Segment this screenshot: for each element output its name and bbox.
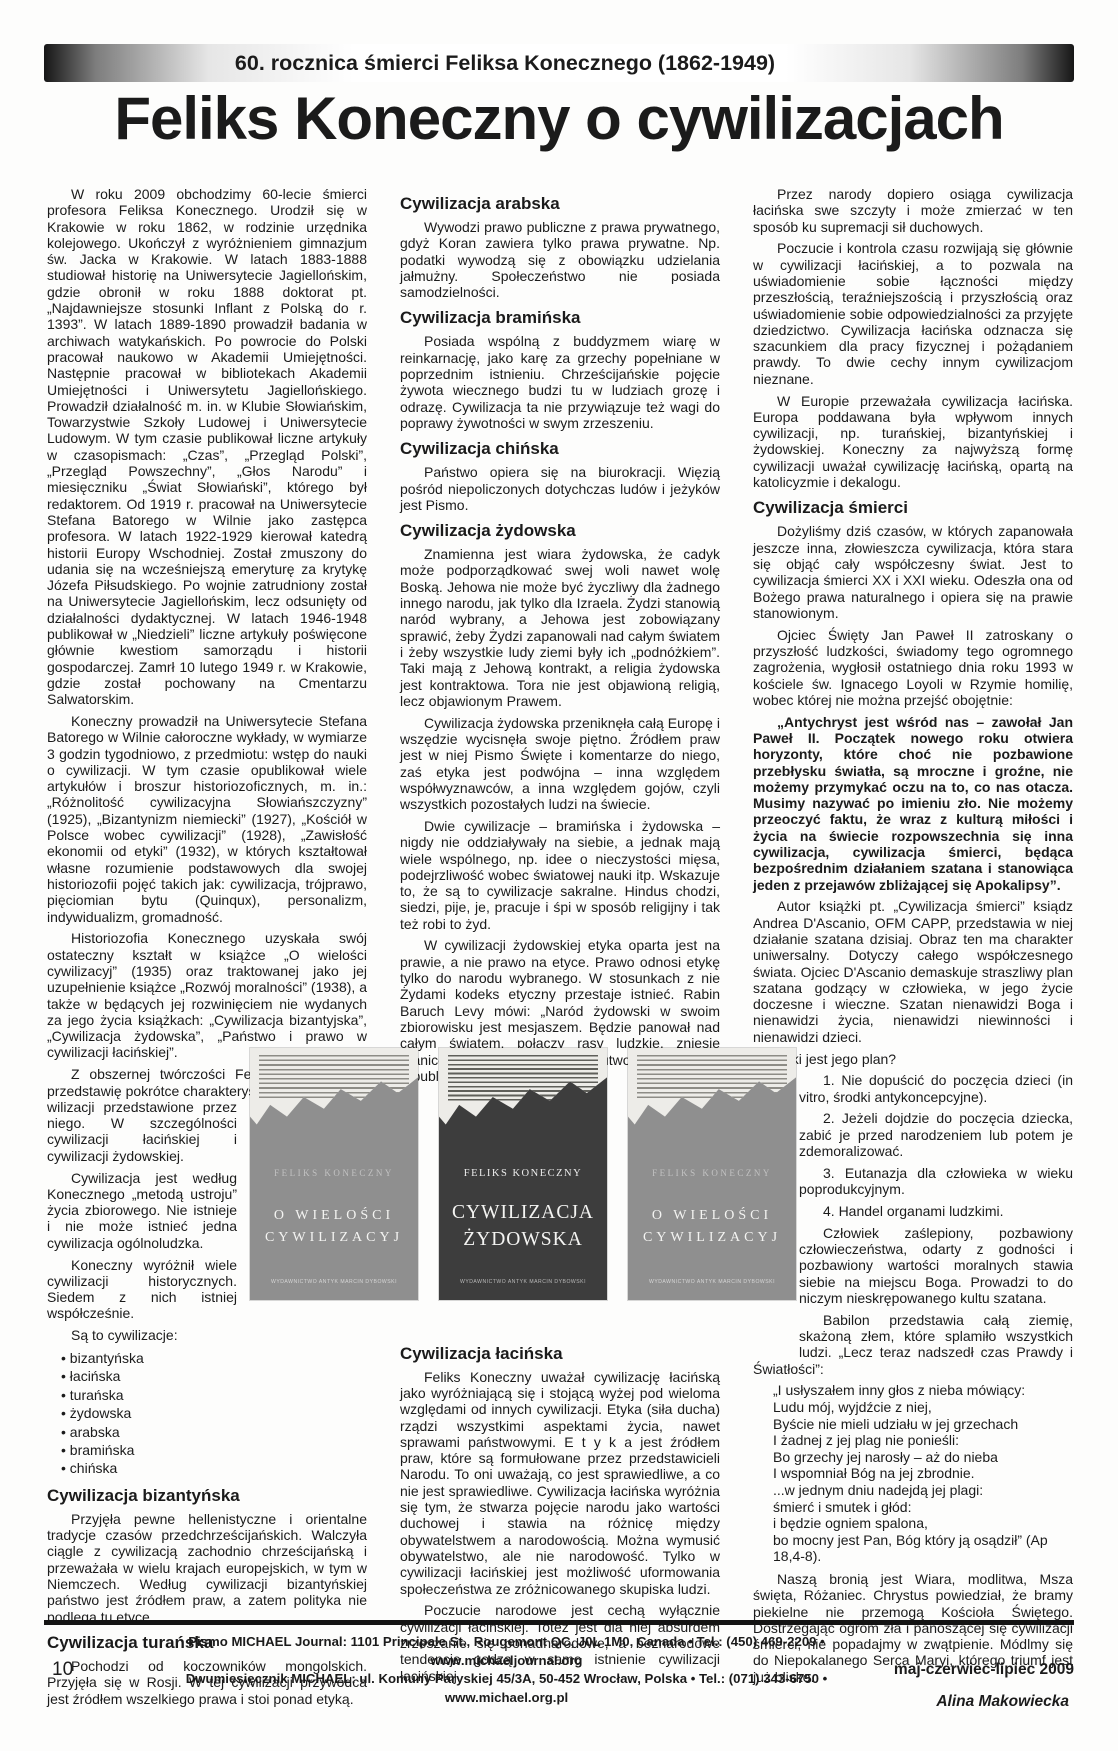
book-title-line-1: CYWILIZACJA bbox=[439, 1202, 607, 1224]
tiny-text-lines bbox=[259, 1055, 409, 1101]
column-1: W roku 2009 obchodzimy 60-lecie śmierci … bbox=[47, 186, 367, 1712]
footer-divider bbox=[44, 1620, 1074, 1625]
pope-quote: „Antychryst jest wśród nas – zawołał Jan… bbox=[753, 714, 1073, 893]
paragraph: Dwie cywilizacje – bramińska i żydowska … bbox=[400, 818, 720, 932]
civilization-item: arabska bbox=[61, 1423, 367, 1441]
book-imprint: WYDAWNICTWO ANTYK MARCIN DYBOWSKI bbox=[452, 1279, 595, 1284]
section-heading-bizantynska: Cywilizacja bizantyńska bbox=[47, 1486, 367, 1506]
paragraph: Autor książki pt. „Cywilizacja śmierci” … bbox=[753, 898, 1073, 1045]
paragraph: Cywilizacja żydowska przeniknęła całą Eu… bbox=[400, 715, 720, 813]
section-heading-lacinska: Cywilizacja łacińska bbox=[400, 1344, 720, 1364]
plan-question: Jaki jest jego plan? bbox=[753, 1051, 1073, 1067]
paragraph: Człowiek zaślepiony, pozbawiony człowiec… bbox=[753, 1225, 1073, 1306]
book-covers-strip: FELIKS KONECZNY O WIELOŚCI CYWILIZACYJ W… bbox=[250, 1048, 796, 1300]
column-3: Przez narody dopiero osiąga cywilizacja … bbox=[753, 186, 1073, 1712]
book-cover-o-wielosci-2: FELIKS KONECZNY O WIELOŚCI CYWILIZACYJ W… bbox=[628, 1048, 796, 1300]
section-heading-smierci: Cywilizacja śmierci bbox=[753, 498, 1073, 518]
poem-line: Byście nie mieli udziału w jej grzechach bbox=[773, 1416, 1073, 1433]
book-title-line-2: ŻYDOWSKA bbox=[439, 1229, 607, 1251]
issue-date: maj-czerwiec-lipiec 2009 bbox=[879, 1661, 1074, 1679]
tiny-text-lines bbox=[448, 1055, 598, 1101]
paragraph: Wywodzi prawo publiczne z prawa prywatne… bbox=[400, 219, 720, 300]
paragraph: Babilon przedstawia całą ziemię, skażoną… bbox=[753, 1312, 1073, 1377]
plan-item-1: 1. Nie dopuścić do poczęcia dzieci (in v… bbox=[753, 1072, 1073, 1105]
book-author: FELIKS KONECZNY bbox=[250, 1168, 418, 1178]
publisher-info-line-1: Pismo MICHAEL Journal: 1101 Principale S… bbox=[134, 1633, 879, 1670]
section-heading-braminska: Cywilizacja bramińska bbox=[400, 308, 720, 328]
plan-item-3: 3. Eutanazja dla człowieka w wieku popro… bbox=[753, 1165, 1073, 1198]
book-imprint: WYDAWNICTWO ANTYK MARCIN DYBOWSKI bbox=[641, 1279, 784, 1284]
poem-line: Bo grzechy jej narosły – aż do nieba bbox=[773, 1449, 1073, 1466]
book-author: FELIKS KONECZNY bbox=[439, 1168, 607, 1179]
book-title-line-2: CYWILIZACYJ bbox=[250, 1230, 418, 1246]
section-heading-zydowska: Cywilizacja żydowska bbox=[400, 521, 720, 541]
paragraph: Znamienna jest wiara żydowska, że cadyk … bbox=[400, 546, 720, 709]
book-title-line-1: O WIELOŚCI bbox=[628, 1208, 796, 1224]
poem-line: bo mocny jest Pan, Bóg który ją osądził”… bbox=[773, 1532, 1073, 1565]
paragraph: Koneczny wyróżnił wiele cywilizacji hist… bbox=[47, 1257, 237, 1322]
banner-text: 60. rocznica śmierci Feliksa Konecznego … bbox=[44, 44, 1074, 82]
poem-line: „I usłyszałem inny głos z nieba mówiący: bbox=[773, 1382, 1073, 1399]
paragraph: Państwo opiera się na biurokracji. Więzi… bbox=[400, 464, 720, 513]
book-imprint: WYDAWNICTWO ANTYK MARCIN DYBOWSKI bbox=[263, 1279, 406, 1284]
paragraph: W roku 2009 obchodzimy 60-lecie śmierci … bbox=[47, 186, 367, 708]
torn-paper-texture bbox=[439, 1048, 607, 1146]
civilization-item: żydowska bbox=[61, 1404, 367, 1422]
paragraph: Cywilizacja jest według Konecznego „meto… bbox=[47, 1170, 237, 1251]
top-banner: 60. rocznica śmierci Feliksa Konecznego … bbox=[44, 44, 1074, 82]
paragraph: Przyjęła pewne hellenistyczne i oriental… bbox=[47, 1511, 367, 1625]
civilization-item: bizantyńska bbox=[61, 1349, 367, 1367]
poem-line: I wspomniał Bóg na jej zbrodnie. bbox=[773, 1465, 1073, 1482]
civilization-item: bramińska bbox=[61, 1441, 367, 1459]
paragraph: Posiada wspólną z buddyzmem wiarę w rein… bbox=[400, 333, 720, 431]
paragraph: Poczucie i kontrola czasu rozwijają się … bbox=[753, 240, 1073, 387]
paragraph: Feliks Koneczny uważał cywilizację łaciń… bbox=[400, 1369, 720, 1597]
paragraph: Koneczny prowadził na Uniwersytecie Stef… bbox=[47, 713, 367, 925]
poem-line: śmierć i smutek i głód: bbox=[773, 1499, 1073, 1516]
book-cover-o-wielosci-1: FELIKS KONECZNY O WIELOŚCI CYWILIZACYJ W… bbox=[250, 1048, 418, 1300]
publisher-info-line-2: Dwumiesięcznik MICHAEL: ul. Komuny Parys… bbox=[134, 1670, 879, 1707]
paragraph-wrapped: wilizacji przedstawione przez niego. W s… bbox=[47, 1099, 237, 1164]
civilization-item: turańska bbox=[61, 1386, 367, 1404]
civilization-item: chińska bbox=[61, 1459, 367, 1477]
book-author: FELIKS KONECZNY bbox=[628, 1168, 796, 1178]
scripture-poem: „I usłyszałem inny głos z nieba mówiący:… bbox=[773, 1382, 1073, 1565]
article-title: Feliks Koneczny o cywilizacjach bbox=[0, 84, 1118, 153]
book-cover-cywilizacja-zydowska: FELIKS KONECZNY CYWILIZACJA ŻYDOWSKA WYD… bbox=[439, 1048, 607, 1300]
section-heading-chinska: Cywilizacja chińska bbox=[400, 439, 720, 459]
torn-paper-texture bbox=[250, 1048, 418, 1146]
plan-item-2: 2. Jeżeli dojdzie do poczęcia dziecka, z… bbox=[753, 1110, 1073, 1159]
paragraph: W Europie przeważała cywilizacja łacińsk… bbox=[753, 393, 1073, 491]
paragraph: Historiozofia Konecznego uzyskała swój o… bbox=[47, 930, 367, 1060]
column-2: Cywilizacja arabska Wywodzi prawo public… bbox=[400, 186, 720, 1712]
article-columns: W roku 2009 obchodzimy 60-lecie śmierci … bbox=[47, 186, 1073, 1712]
book-title-line-1: O WIELOŚCI bbox=[250, 1208, 418, 1224]
publisher-info: Pismo MICHAEL Journal: 1101 Principale S… bbox=[134, 1633, 879, 1707]
civilization-list-intro: Są to cywilizacje: bbox=[47, 1327, 237, 1343]
paragraph: Przez narody dopiero osiąga cywilizacja … bbox=[753, 186, 1073, 235]
plan-item-4: 4. Handel organami ludzkimi. bbox=[753, 1203, 1073, 1219]
paragraph: Ojciec Święty Jan Paweł II zatroskany o … bbox=[753, 627, 1073, 708]
section-heading-arabska: Cywilizacja arabska bbox=[400, 194, 720, 214]
newspaper-page: 60. rocznica śmierci Feliksa Konecznego … bbox=[0, 0, 1118, 1751]
poem-line: ...w jednym dniu nadejdą jej plagi: bbox=[773, 1482, 1073, 1499]
poem-line: Ludu mój, wyjdźcie z niej, bbox=[773, 1399, 1073, 1416]
book-title-line-2: CYWILIZACYJ bbox=[628, 1230, 796, 1246]
civilization-item: łacińska bbox=[61, 1367, 367, 1385]
poem-line: i będzie ogniem spalona, bbox=[773, 1515, 1073, 1532]
poem-line: I żadnej z jej plag nie ponieśli: bbox=[773, 1432, 1073, 1449]
tiny-text-lines bbox=[637, 1055, 787, 1101]
page-number: 10 bbox=[44, 1659, 134, 1681]
torn-paper-texture bbox=[628, 1048, 796, 1146]
paragraph: Dożyliśmy dziś czasów, w których zapanow… bbox=[753, 523, 1073, 621]
footer: 10 Pismo MICHAEL Journal: 1101 Principal… bbox=[44, 1633, 1074, 1707]
civilization-list: bizantyńska łacińska turańska żydowska a… bbox=[61, 1349, 367, 1478]
